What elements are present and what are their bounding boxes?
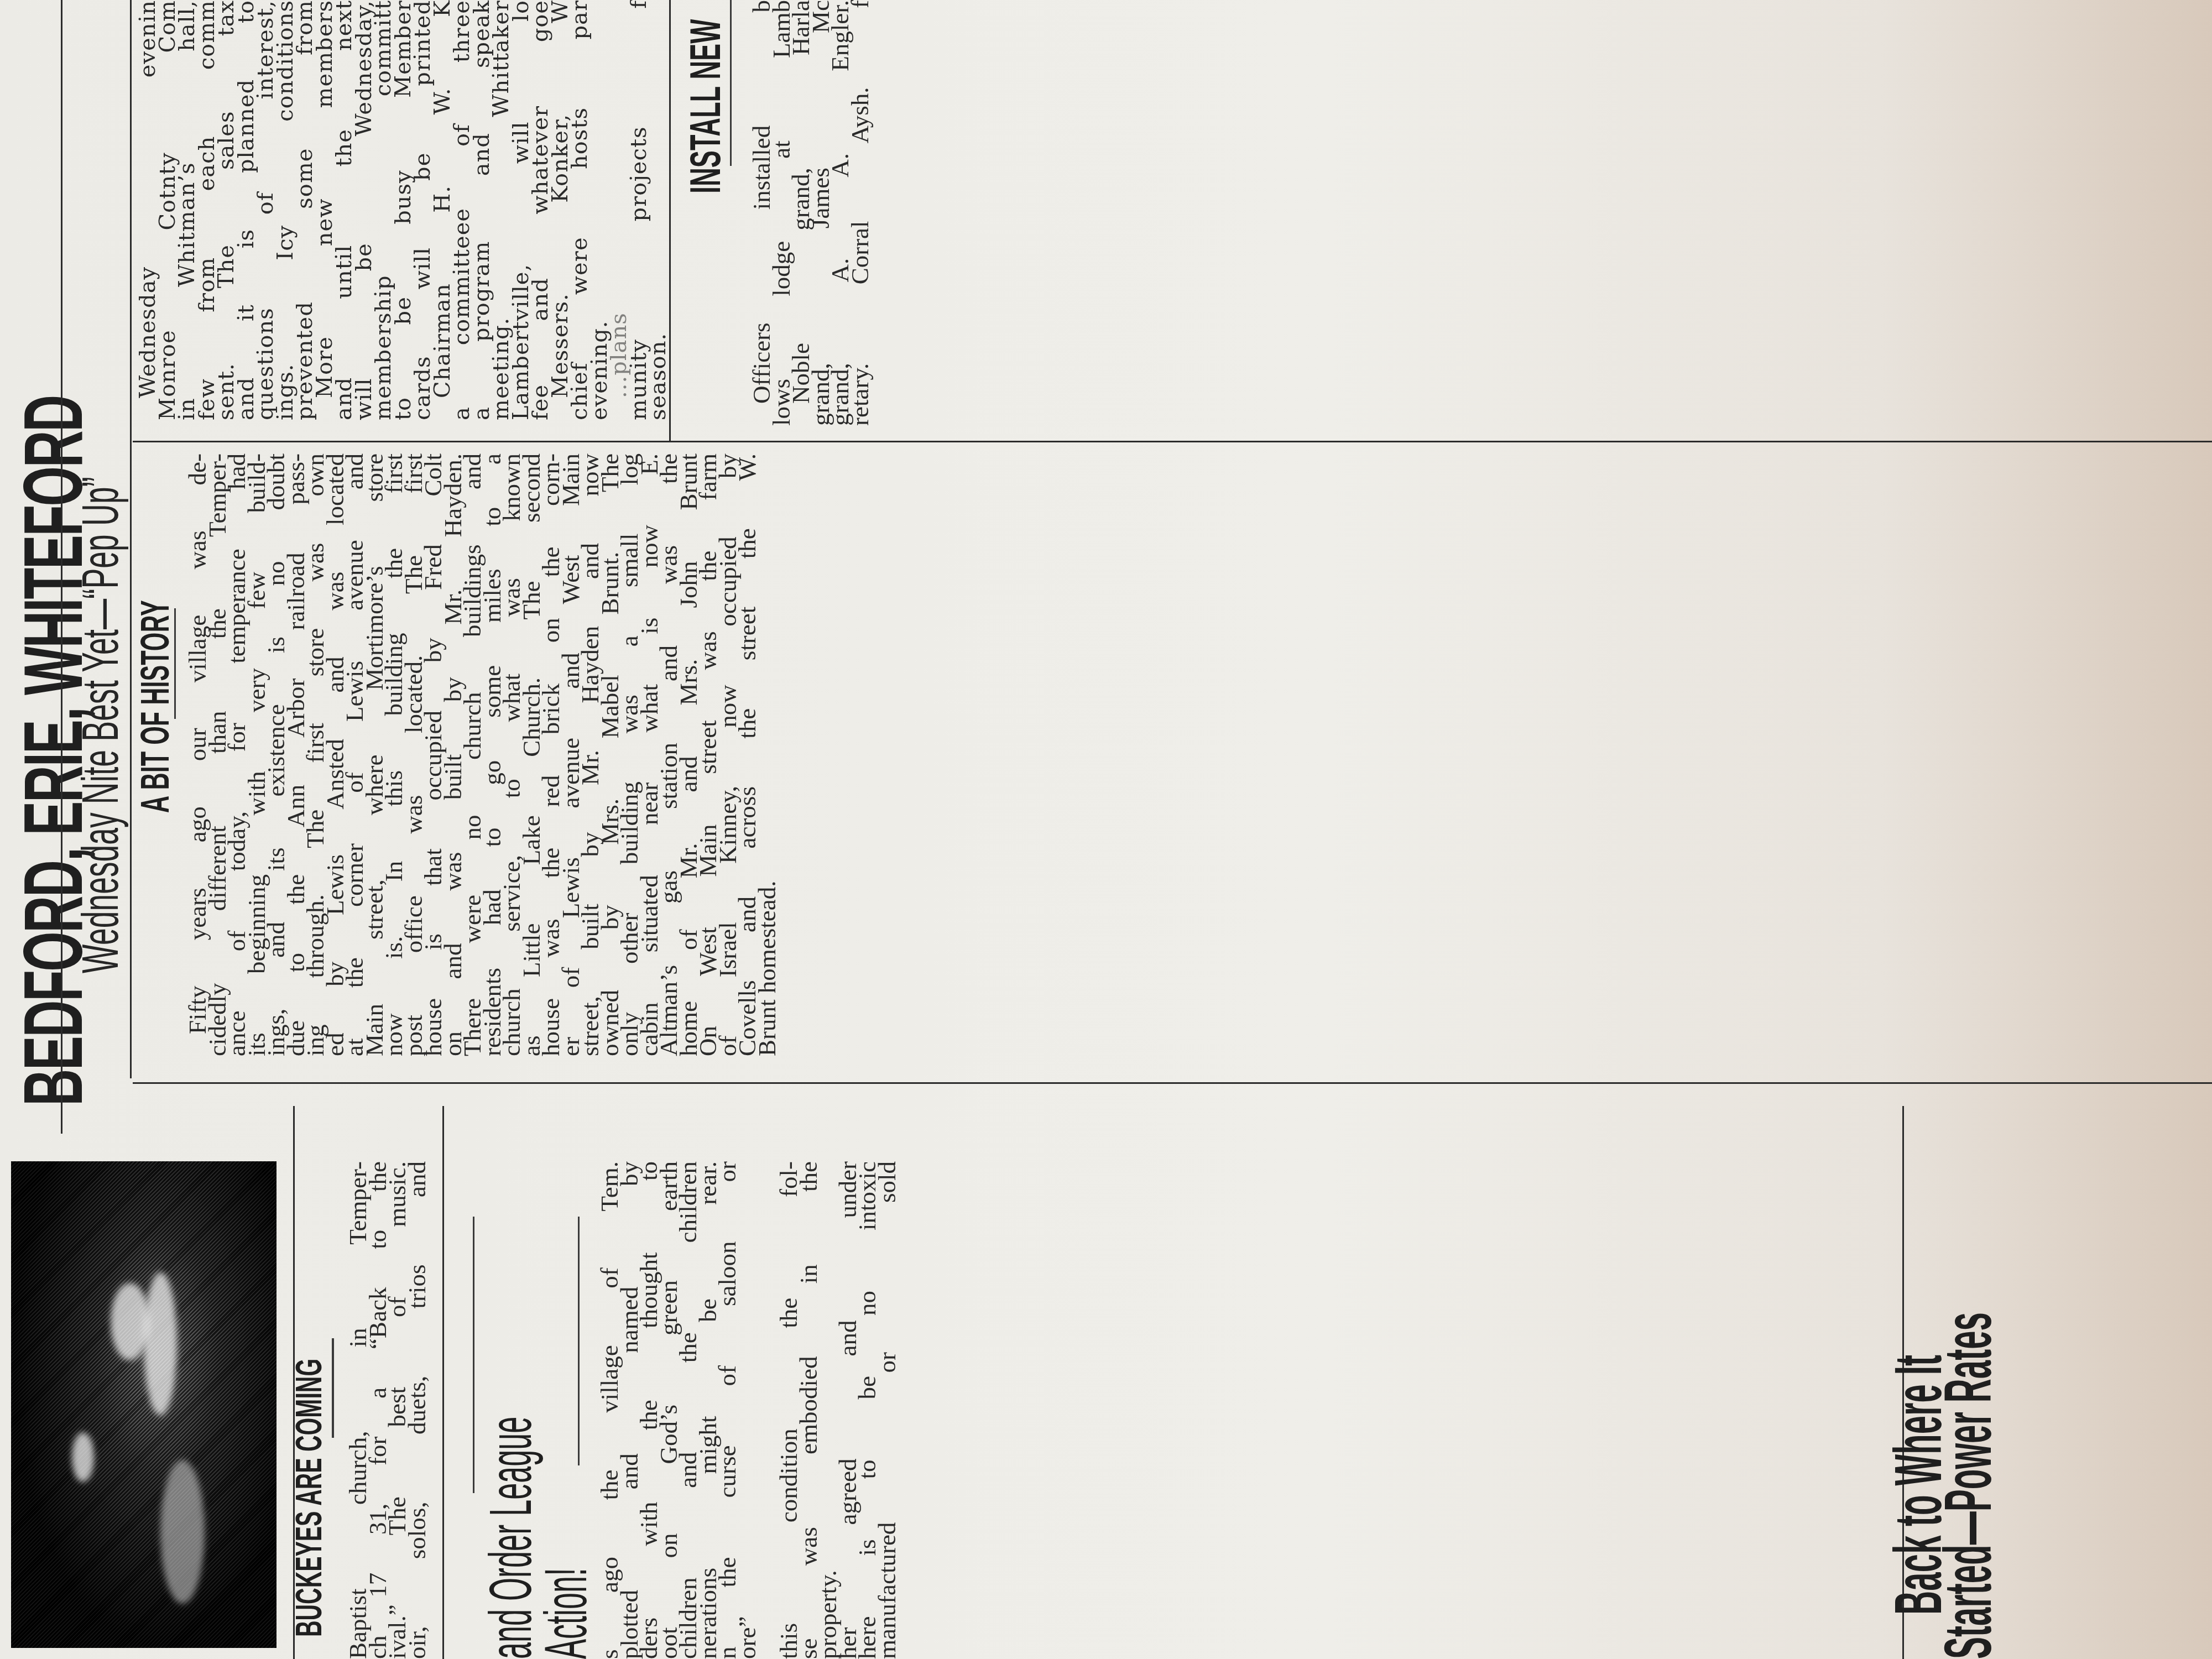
headline-rule <box>473 1217 474 1493</box>
install-body: Officers installed b lows lodge at Lamb … <box>752 0 870 426</box>
law-order-headline-2: Action! <box>531 1568 600 1659</box>
headline-rule <box>578 1217 580 1465</box>
install-headline: INSTALL NEW <box>680 19 731 194</box>
subhead-rule <box>130 0 132 1078</box>
history-headline: A BIT OF HISTORY <box>133 600 178 813</box>
section-rule <box>442 1106 444 1659</box>
column-divider <box>581 1082 2212 1084</box>
masthead-subtitle: Wednesday Nite Best Yet—“Pep Up” <box>72 477 130 973</box>
meeting-body: Wednesday evenin Monroe Cotnty Com in Wh… <box>138 0 669 420</box>
section-rule <box>669 0 671 442</box>
buckeyes-headline: BUCKEYES ARE COMING <box>288 1359 330 1637</box>
photographed-newspaper: BEDFORD, ERIE, WHITEFORD Wednesday Nite … <box>0 0 2212 1659</box>
newspaper-page: BEDFORD, ERIE, WHITEFORD Wednesday Nite … <box>0 0 2212 1659</box>
headline-rule <box>730 0 732 166</box>
buckeyes-body: Baptist church, in Temper- ch 17 31, for… <box>348 1161 427 1659</box>
headline-rule <box>332 1338 334 1438</box>
halftone-photo <box>11 1161 276 1648</box>
history-body: Fifty years ago our village was de- cide… <box>188 453 777 1056</box>
column-divider <box>133 441 2212 442</box>
power-headline-2: Started—Power Rates <box>1930 1312 2006 1659</box>
temperance-body: s ago the village of Tem. plotted and na… <box>600 1161 897 1659</box>
headline-rule <box>174 608 176 719</box>
column-divider <box>133 1082 630 1084</box>
masthead-rule <box>61 0 62 1134</box>
